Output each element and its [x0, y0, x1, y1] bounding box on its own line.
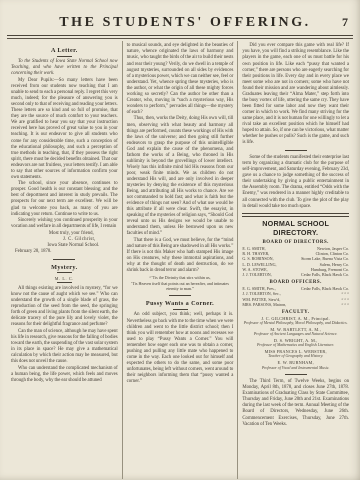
- mystery-continued-paragraph: Thus, then, works the Deity, doing His o…: [127, 116, 234, 237]
- officer-name: MRS. PARSONS, Matron,: [242, 302, 286, 307]
- column-2: to musical sounds, and eye delighted in …: [122, 41, 238, 479]
- masthead-title: THE STUDENTS' OFFERING.: [34, 15, 336, 31]
- masthead-row: THE STUDENTS' OFFERING. 7: [0, 0, 360, 32]
- column-layout: A Letter. To the Students of Iowa State …: [7, 41, 353, 479]
- officer-place: “ “ “: [342, 302, 350, 307]
- letter-intro: To the Students of Iowa State Normal Sch…: [11, 59, 118, 77]
- dramatic-club-note: Some of the students manifested their en…: [242, 155, 349, 209]
- newspaper-page: THE STUDENTS' OFFERING. 7 A Letter. To t…: [0, 0, 360, 480]
- section-divider: [285, 150, 307, 151]
- verse-line: ’Tis Heaven itself that points out an he…: [129, 281, 232, 291]
- faculty-heading: FACULTY.: [242, 310, 349, 315]
- heading-rule: [57, 272, 72, 273]
- faculty-role: Teacher of Geography and History.: [242, 354, 349, 359]
- faculty-role: Professor of Vocal and Instrumental Musi…: [242, 366, 349, 371]
- faculty-role: Professor of Mathematics and English Lit…: [242, 343, 349, 348]
- mystery-continued-paragraph: That there is a God, we must believe, fo…: [127, 238, 234, 274]
- directory-top-rule: [242, 213, 349, 217]
- section-divider: [169, 295, 191, 296]
- column-3: Did you ever compare this game with real…: [237, 41, 353, 479]
- heading-rule: [57, 282, 72, 283]
- term-notice: The Third Term, of Twelve Weeks, begins …: [242, 379, 349, 427]
- directors-heading: BOARD OF DIRECTORS.: [242, 240, 349, 245]
- pussy-paragraph: An odd subject, you think; well, perhaps…: [127, 312, 234, 385]
- section-divider: [285, 374, 307, 375]
- heading-rule: [57, 56, 72, 57]
- faculty-role: Professor of Mental Philosophy, Moral Ph…: [242, 321, 349, 326]
- letter-paragraph: The school, since your absence, continue…: [11, 181, 118, 217]
- faculty-entry: J. C. GILCHRIST, A. M., Principal. Profe…: [242, 316, 349, 326]
- header-rule: [7, 35, 353, 39]
- faculty-entry: MISS FRANCES L. WEBSTER, Teacher of Geog…: [242, 349, 349, 359]
- mystery-continued-paragraph: to musical sounds, and eye delighted in …: [127, 43, 234, 116]
- letter-paragraph: Sincerely wishing you continued prosperi…: [11, 218, 118, 230]
- faculty-role: Professor of Ancient Languages and Natur…: [242, 332, 349, 337]
- article-title-mystery: Mystery.: [11, 264, 118, 271]
- director-row: J. J. TOLERTON,Cedar Falls, Black Hawk C…: [242, 272, 349, 277]
- pussy-continued-paragraph: Did you ever compare this game with real…: [242, 43, 349, 146]
- article-byline: M. L. C.: [11, 276, 118, 281]
- verse-line: “’Tis the Divinity that stirs within us,: [129, 275, 232, 280]
- mystery-paragraph: Can the man of science, although he may …: [11, 329, 118, 365]
- letter-paragraph: My Dear Pupils:—So many letters have bee…: [11, 78, 118, 181]
- column-1: A Letter. To the Students of Iowa State …: [7, 41, 122, 479]
- officers-heading: BOARD OFFICERS.: [242, 280, 349, 285]
- directory-title: NORMAL SCHOOL DIRECTORY.: [242, 219, 349, 237]
- faculty-entry: D. S. WRIGHT, A. M., Professor of Mathem…: [242, 338, 349, 348]
- mystery-paragraph: All things existing are involved in myst…: [11, 286, 118, 328]
- director-place: Cedar Falls, Black Hawk Co.: [301, 272, 349, 277]
- faculty-entry: M. W. BARTLETT, A. M., Professor of Anci…: [242, 327, 349, 337]
- article-title-a-letter: A Letter.: [11, 47, 118, 54]
- director-name: J. J. TOLERTON,: [242, 272, 271, 277]
- section-divider: [53, 259, 75, 260]
- article-title-pussy-wants-a-corner: Pussy Wants a Corner.: [127, 300, 234, 307]
- heading-rule: [173, 309, 188, 310]
- page-number: 7: [336, 15, 348, 30]
- officer-row: MRS. PARSONS, Matron,“ “ “: [242, 302, 349, 307]
- mystery-paragraph: Who can understand the complicated mecha…: [11, 366, 118, 384]
- faculty-entry: E. W. BURNHAM, Professor of Vocal and In…: [242, 360, 349, 370]
- letter-date: February 28, 1878.: [11, 249, 118, 255]
